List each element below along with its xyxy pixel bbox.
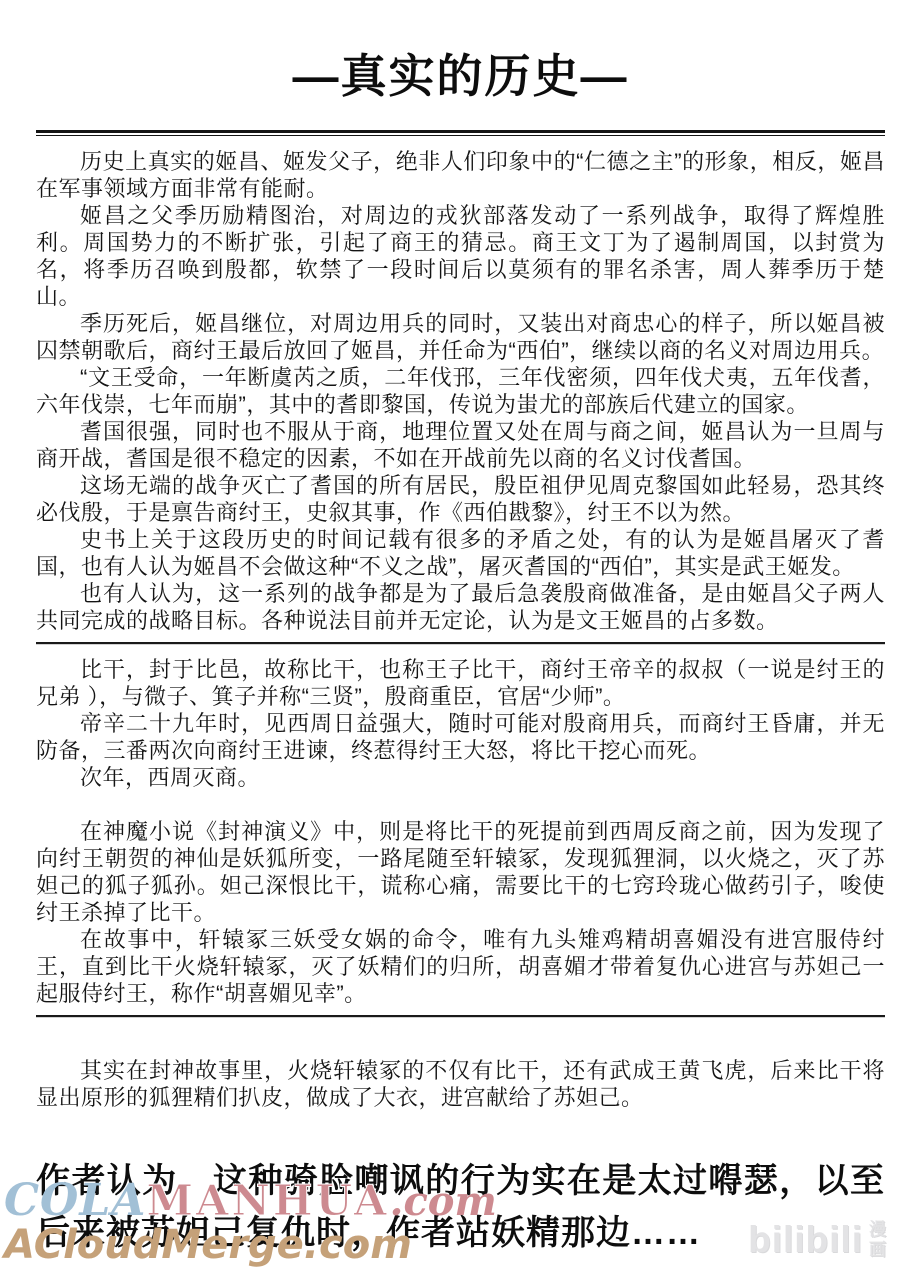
page-title: —真实的历史— bbox=[36, 40, 885, 106]
watermark-manhua-text: MANHUA bbox=[146, 1176, 389, 1225]
manga-char-1: 漫 bbox=[869, 1220, 886, 1240]
paragraph: 在神魔小说《封神演义》中，则是将比干的死提前到西周反商之前，因为发现了向纣王朝贺… bbox=[36, 818, 885, 926]
section-divider-1 bbox=[36, 642, 885, 644]
paragraph: 季历死后，姬昌继位，对周边用兵的同时，又装出对商忠心的样子，所以姬昌被囚禁朝歌后… bbox=[36, 310, 885, 364]
paragraph: 其实在封神故事里，火烧轩辕冢的不仅有比干，还有武成王黄飞虎，后来比干将显出原形的… bbox=[36, 1057, 885, 1111]
manga-char-2: 画 bbox=[869, 1240, 886, 1260]
watermark-cola-text: COLA bbox=[4, 1175, 146, 1226]
section-bigan: 比干，封于比邑，故称比干，也称王子比干，商纣王帝辛的叔叔（一说是纣王的兄弟 ），… bbox=[36, 656, 885, 1007]
bilibili-wordmark: bilibili bbox=[748, 1219, 863, 1261]
paragraph: 比干，封于比邑，故称比干，也称王子比干，商纣王帝辛的叔叔（一说是纣王的兄弟 ），… bbox=[36, 656, 885, 710]
watermark-acloudmerge: ACloudMerge.com bbox=[4, 1225, 497, 1265]
paragraph: 耆国很强，同时也不服从于商，地理位置又处在周与商之间，姬昌认为一旦周与商开战，耆… bbox=[36, 418, 885, 472]
paragraph: 这场无端的战争灭亡了耆国的所有居民，殷臣祖伊见周克黎国如此轻易，恐其终必伐殷，于… bbox=[36, 472, 885, 526]
paragraph: “文王受命，一年断虞芮之质，二年伐邘，三年伐密须，四年伐犬夷，五年伐耆，六年伐崇… bbox=[36, 364, 885, 418]
paragraph: 历史上真实的姬昌、姬发父子，绝非人们印象中的“仁德之主”的形象，相反，姬昌在军事… bbox=[36, 148, 885, 202]
article-page: —真实的历史— 历史上真实的姬昌、姬发父子，绝非人们印象中的“仁德之主”的形象，… bbox=[0, 40, 900, 1259]
paragraph: 姬昌之父季历励精图治，对周边的戎狄部落发动了一系列战争，取得了辉煌胜利。周国势力… bbox=[36, 202, 885, 310]
watermark-dotcom-text: .com bbox=[390, 1178, 497, 1225]
paragraph: 也有人认为，这一系列的战争都是为了最后急袭殷商做准备，是由姬昌父子两人共同完成的… bbox=[36, 580, 885, 634]
section-fengshen-note: 其实在封神故事里，火烧轩辕冢的不仅有比干，还有武成王黄飞虎，后来比干将显出原形的… bbox=[36, 1057, 885, 1111]
paragraph: 次年，西周灭商。 bbox=[36, 764, 885, 791]
section-divider-2 bbox=[36, 1015, 885, 1017]
watermark-sites: COLAMANHUA.com ACloudMerge.com bbox=[4, 1179, 497, 1265]
watermark-colamanhua: COLAMANHUA.com bbox=[4, 1179, 497, 1223]
section-real-history: 历史上真实的姬昌、姬发父子，绝非人们印象中的“仁德之主”的形象，相反，姬昌在军事… bbox=[36, 148, 885, 634]
paragraph: 在故事中，轩辕冢三妖受女娲的命令，唯有九头雉鸡精胡喜媚没有进宫服侍纣王，直到比干… bbox=[36, 926, 885, 1007]
bilibili-manga-label: 漫 画 bbox=[869, 1220, 886, 1259]
paragraph: 帝辛二十九年时，见西周日益强大，随时可能对殷商用兵，而商纣王昏庸，并无防备，三番… bbox=[36, 710, 885, 764]
bilibili-manga-logo: bilibili 漫 画 bbox=[748, 1219, 886, 1261]
title-divider bbox=[36, 130, 885, 136]
paragraph: 史书上关于这段历史的时间记载有很多的矛盾之处，有的认为是姬昌屠灭了耆国，也有人认… bbox=[36, 526, 885, 580]
